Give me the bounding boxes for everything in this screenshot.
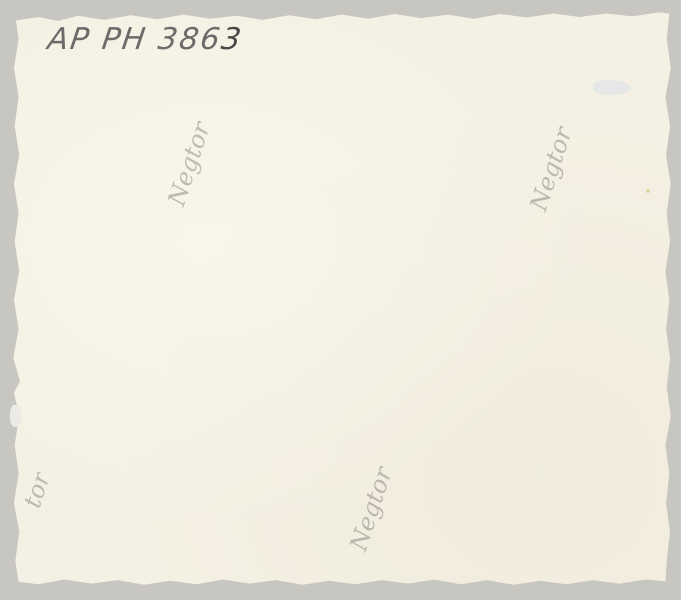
inscription-text: AP PH 386: [46, 22, 225, 57]
photo-back-scene: AP PH 3863 Negtor Negtor Negtor Negtor: [0, 0, 681, 600]
paper-tear-top-right: [593, 80, 631, 95]
pencil-inscription: AP PH 3863: [46, 22, 246, 57]
photo-paper: [12, 10, 672, 590]
stain-spot: [646, 189, 650, 193]
paper-tear-left: [10, 405, 22, 427]
